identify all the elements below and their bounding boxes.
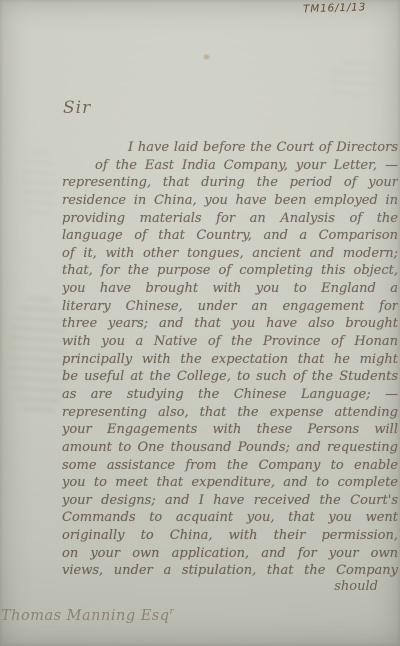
letter-line: amount to One thousand Pounds; and reque… — [62, 439, 398, 457]
ink-showthrough — [22, 150, 56, 220]
addressee-suffix: r — [170, 607, 175, 617]
paper-stain — [203, 54, 210, 60]
letter-line: language of that Country, and a Comparis… — [62, 227, 398, 245]
letter-line: principally with the expectation that he… — [62, 351, 398, 369]
letter-line: you have brought with you to England a — [62, 280, 398, 298]
letter-line: you to meet that expenditure, and to com… — [62, 474, 398, 492]
letter-line: your designs; and I have received the Co… — [62, 492, 398, 510]
letter-line: literary Chinese, under an engagement fo… — [62, 298, 398, 316]
letter-line: of the East India Company, your Letter, … — [62, 157, 398, 175]
letter-line: views, under a stipulation, that the Com… — [62, 562, 398, 580]
letter-line: I have laid before the Court of Director… — [62, 139, 398, 157]
salutation: Sir — [63, 98, 91, 118]
letter-line: of it, with other tongues, ancient and m… — [62, 245, 398, 263]
letter-line: originally to China, with their permissi… — [62, 527, 398, 545]
letter-line: as are studying the Chinese Language; — — [62, 386, 398, 404]
letter-line: providing materials for an Analysis of t… — [62, 210, 398, 228]
addressee-name: Thomas Manning Esq — [1, 608, 170, 624]
letter-line: be useful at the College, to such of the… — [62, 368, 398, 386]
letter-sheet: TM16/1/13 Sir I have laid before the Cou… — [0, 0, 400, 646]
archive-reference: TM16/1/13 — [303, 1, 383, 16]
letter-line: with you a Native of the Province of Hon… — [62, 333, 398, 351]
letter-body: I have laid before the Court of Director… — [62, 139, 398, 580]
catchword: should — [334, 579, 378, 594]
letter-line: three years; and that you have also brou… — [62, 315, 398, 333]
ink-showthrough — [330, 60, 380, 100]
letter-line: some assistance from the Company to enab… — [62, 457, 398, 475]
addressee-line: Thomas Manning Esqr — [1, 607, 174, 624]
letter-line: residence in China, you have been employ… — [62, 192, 398, 210]
letter-line: Commands to acquaint you, that you went — [62, 509, 398, 527]
ink-showthrough — [10, 296, 68, 416]
letter-line: representing also, that the expense atte… — [62, 404, 398, 422]
letter-line: that, for the purpose of completing this… — [62, 262, 398, 280]
letter-line: your Engagements with these Persons will — [62, 421, 398, 439]
letter-line: on your own application, and for your ow… — [62, 545, 398, 563]
letter-line: representing, that during the period of … — [62, 174, 398, 192]
